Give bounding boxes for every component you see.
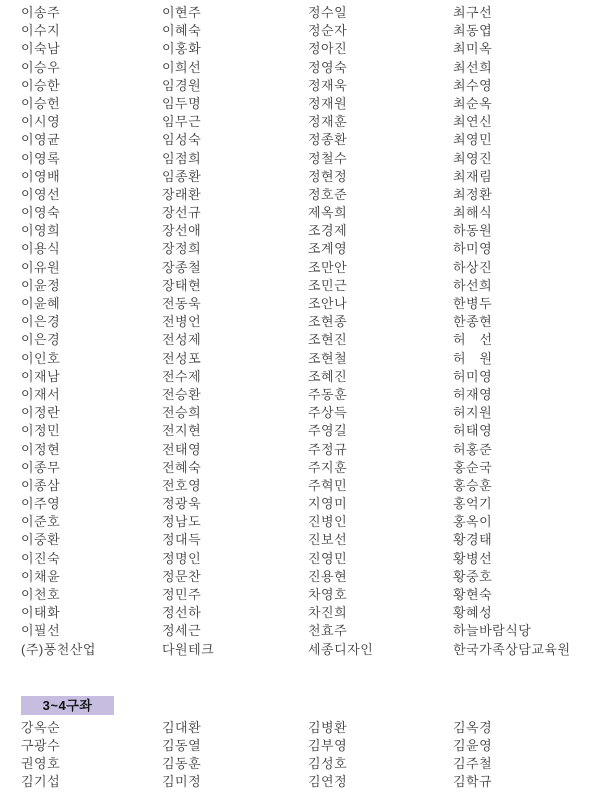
name-cell: 이홍화 [162, 40, 308, 58]
name-cell: 이수지 [21, 22, 162, 40]
name-cell: 김윤영 [453, 737, 600, 755]
name-cell: 김대환 [162, 719, 308, 737]
name-cell: 이시영 [21, 113, 162, 131]
name-cell: 진병인 [308, 513, 453, 531]
name-cell: 이승한 [21, 77, 162, 95]
name-cell: 이윤정 [21, 277, 162, 295]
name-cell: 조혜진 [308, 368, 453, 386]
name-cell: 전태영 [162, 441, 308, 459]
name-cell: 김동훈 [162, 755, 308, 773]
name-cell: 전호영 [162, 477, 308, 495]
name-cell: 정순자 [308, 22, 453, 40]
name-cell: 이재서 [21, 386, 162, 404]
name-cell: 정세근 [162, 622, 308, 640]
name-cell: 천효주 [308, 622, 453, 640]
name-cell: 한국가족상담교육원 [453, 641, 600, 659]
name-cell: 이현주 [162, 4, 308, 22]
name-cell: 임성숙 [162, 131, 308, 149]
page: 이송주이현주정수일최구선이수지이혜숙정순자최동엽이숙남이홍화정아진최미옥이승우이… [0, 0, 600, 793]
name-cell: 김병환 [308, 719, 453, 737]
name-cell: 장종철 [162, 259, 308, 277]
name-cell: 임경원 [162, 77, 308, 95]
name-cell: 황병선 [453, 550, 600, 568]
name-cell: 이은경 [21, 331, 162, 349]
name-cell: 정명인 [162, 550, 308, 568]
name-cell: 주상득 [308, 404, 453, 422]
name-cell: 최수영 [453, 77, 600, 95]
name-cell: 최구선 [453, 4, 600, 22]
name-cell: 전혜숙 [162, 459, 308, 477]
name-cell: 이필선 [21, 622, 162, 640]
name-cell: 조만안 [308, 259, 453, 277]
name-cell: 한병두 [453, 295, 600, 313]
name-cell: 허미영 [453, 368, 600, 386]
name-cell: 주영길 [308, 422, 453, 440]
name-cell: 전지현 [162, 422, 308, 440]
name-cell: 허 선 [453, 331, 600, 349]
name-cell: 김학규 [453, 773, 600, 791]
name-cell: 이용식 [21, 240, 162, 258]
name-cell: 최연신 [453, 113, 600, 131]
name-cell: 이혜숙 [162, 22, 308, 40]
name-cell: 조안나 [308, 295, 453, 313]
section2-header-badge: 3~4구좌 [21, 696, 114, 715]
name-cell: 장선규 [162, 204, 308, 222]
name-cell: 황혜성 [453, 604, 600, 622]
name-cell: 이승우 [21, 59, 162, 77]
name-cell: 이은경 [21, 313, 162, 331]
name-cell: 홍옥이 [453, 513, 600, 531]
name-cell: 김미정 [162, 773, 308, 791]
name-cell: 이정현 [21, 441, 162, 459]
name-cell: 최순옥 [453, 95, 600, 113]
name-cell: 이종삼 [21, 477, 162, 495]
name-cell: 임점희 [162, 150, 308, 168]
name-cell: 이유원 [21, 259, 162, 277]
name-cell: 조경제 [308, 222, 453, 240]
name-cell: 이송주 [21, 4, 162, 22]
section2-grid: 강옥순김대환김병환김옥경구광수김동열김부영김윤영권영호김동훈김성호김주철김기섭김… [21, 719, 600, 792]
name-cell: 전동욱 [162, 295, 308, 313]
name-cell: 허 원 [453, 350, 600, 368]
name-cell: 최영진 [453, 150, 600, 168]
name-cell: 최영민 [453, 131, 600, 149]
name-cell: 김주철 [453, 755, 600, 773]
name-cell: 허태영 [453, 422, 600, 440]
name-cell: (주)풍천산업 [21, 641, 162, 659]
name-cell: 하미영 [453, 240, 600, 258]
name-cell: 정현정 [308, 168, 453, 186]
name-cell: 하선희 [453, 277, 600, 295]
name-cell: 차영호 [308, 586, 453, 604]
name-cell: 정문찬 [162, 568, 308, 586]
name-cell: 구광수 [21, 737, 162, 755]
name-cell: 정선하 [162, 604, 308, 622]
name-cell: 이영숙 [21, 204, 162, 222]
name-cell: 진보선 [308, 531, 453, 549]
name-cell: 이준호 [21, 513, 162, 531]
section1-grid: 이송주이현주정수일최구선이수지이혜숙정순자최동엽이숙남이홍화정아진최미옥이승우이… [21, 0, 600, 659]
name-cell: 홍순국 [453, 459, 600, 477]
name-cell: 정광욱 [162, 495, 308, 513]
name-cell: 권영호 [21, 755, 162, 773]
name-cell: 차진희 [308, 604, 453, 622]
name-cell: 조현종 [308, 313, 453, 331]
name-cell: 이중환 [21, 531, 162, 549]
name-cell: 한종현 [453, 313, 600, 331]
name-cell: 김부영 [308, 737, 453, 755]
name-cell: 최선희 [453, 59, 600, 77]
name-cell: 하동원 [453, 222, 600, 240]
name-cell: 정재훈 [308, 113, 453, 131]
name-cell: 주지훈 [308, 459, 453, 477]
name-cell: 정종환 [308, 131, 453, 149]
name-cell: 이영배 [21, 168, 162, 186]
name-cell: 하상진 [453, 259, 600, 277]
name-cell: 최해식 [453, 204, 600, 222]
name-cell: 이태화 [21, 604, 162, 622]
name-cell: 진용현 [308, 568, 453, 586]
name-cell: 주혁민 [308, 477, 453, 495]
name-cell: 김기섭 [21, 773, 162, 791]
name-cell: 정민주 [162, 586, 308, 604]
name-cell: 이숙남 [21, 40, 162, 58]
name-cell: 김옥경 [453, 719, 600, 737]
name-cell: 이정란 [21, 404, 162, 422]
name-cell: 정호준 [308, 186, 453, 204]
name-cell: 정재원 [308, 95, 453, 113]
name-cell: 정대득 [162, 531, 308, 549]
name-cell: 전승희 [162, 404, 308, 422]
name-cell: 정영숙 [308, 59, 453, 77]
name-cell: 주정규 [308, 441, 453, 459]
name-cell: 이윤혜 [21, 295, 162, 313]
name-cell: 조계영 [308, 240, 453, 258]
name-cell: 이영희 [21, 222, 162, 240]
name-cell: 김성호 [308, 755, 453, 773]
name-cell: 조민근 [308, 277, 453, 295]
name-cell: 임종환 [162, 168, 308, 186]
name-cell: 이진숙 [21, 550, 162, 568]
name-cell: 정남도 [162, 513, 308, 531]
name-cell: 제옥희 [308, 204, 453, 222]
name-cell: 전수제 [162, 368, 308, 386]
name-cell: 장정희 [162, 240, 308, 258]
name-cell: 하늘바람식당 [453, 622, 600, 640]
name-cell: 조현철 [308, 350, 453, 368]
name-cell: 정재욱 [308, 77, 453, 95]
name-cell: 정철수 [308, 150, 453, 168]
name-cell: 이정민 [21, 422, 162, 440]
name-cell: 최재림 [453, 168, 600, 186]
name-cell: 이영균 [21, 131, 162, 149]
name-cell: 조현진 [308, 331, 453, 349]
name-cell: 이종무 [21, 459, 162, 477]
name-cell: 황현숙 [453, 586, 600, 604]
name-cell: 강옥순 [21, 719, 162, 737]
name-cell: 허지원 [453, 404, 600, 422]
name-cell: 임두명 [162, 95, 308, 113]
name-cell: 최동엽 [453, 22, 600, 40]
name-cell: 홍억기 [453, 495, 600, 513]
name-cell: 진영민 [308, 550, 453, 568]
name-cell: 이채윤 [21, 568, 162, 586]
name-cell: 장태현 [162, 277, 308, 295]
name-cell: 이재남 [21, 368, 162, 386]
name-cell: 다원테크 [162, 641, 308, 659]
name-cell: 세종디자인 [308, 641, 453, 659]
name-cell: 전병언 [162, 313, 308, 331]
name-cell: 장선애 [162, 222, 308, 240]
name-cell: 지영미 [308, 495, 453, 513]
name-cell: 이천호 [21, 586, 162, 604]
name-cell: 장래환 [162, 186, 308, 204]
name-cell: 정아진 [308, 40, 453, 58]
name-cell: 이주영 [21, 495, 162, 513]
name-cell: 최미옥 [453, 40, 600, 58]
name-cell: 전승환 [162, 386, 308, 404]
name-cell: 허홍준 [453, 441, 600, 459]
name-cell: 전성포 [162, 350, 308, 368]
name-cell: 허재영 [453, 386, 600, 404]
name-cell: 임무근 [162, 113, 308, 131]
name-cell: 최정환 [453, 186, 600, 204]
name-cell: 홍승훈 [453, 477, 600, 495]
name-cell: 주동훈 [308, 386, 453, 404]
name-cell: 전성제 [162, 331, 308, 349]
name-cell: 이희선 [162, 59, 308, 77]
name-cell: 황중호 [453, 568, 600, 586]
name-cell: 이영록 [21, 150, 162, 168]
name-cell: 이승헌 [21, 95, 162, 113]
name-cell: 김동열 [162, 737, 308, 755]
name-cell: 이인호 [21, 350, 162, 368]
name-cell: 정수일 [308, 4, 453, 22]
name-cell: 이영선 [21, 186, 162, 204]
name-cell: 황경태 [453, 531, 600, 549]
name-cell: 김연정 [308, 773, 453, 791]
